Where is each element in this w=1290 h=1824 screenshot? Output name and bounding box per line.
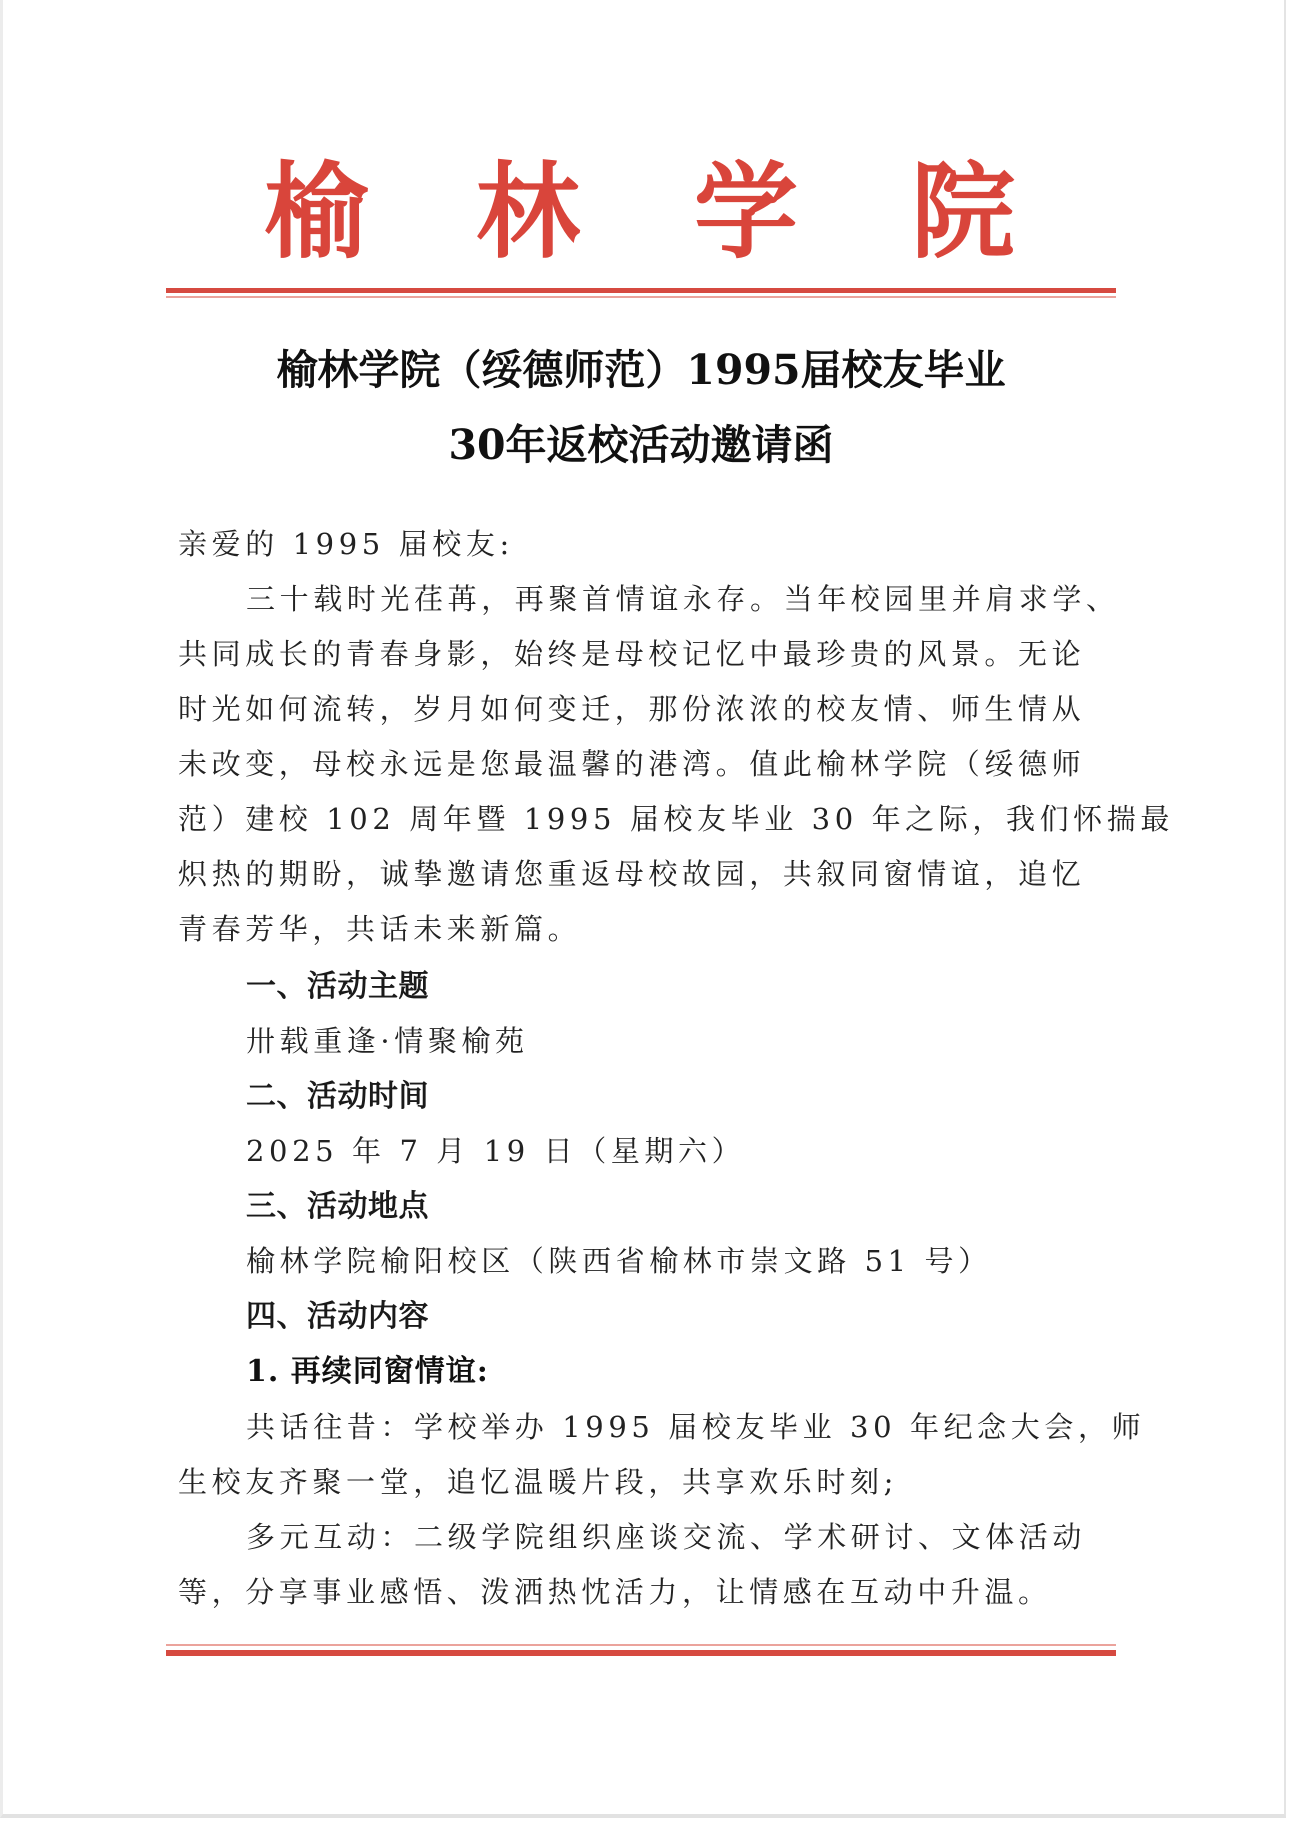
letterhead-rule-thin [166, 296, 1116, 298]
section-heading-time: 二、活动时间 [246, 1077, 429, 1117]
content-line: 等，分享事业感悟、泼洒热忱活力，让情感在互动中升温。 [178, 1572, 1123, 1612]
content-line: 多元互动：二级学院组织座谈交流、学术研讨、文体活动 [246, 1517, 1191, 1557]
section-value-theme: 卅载重逢·情聚榆苑 [246, 1021, 1191, 1061]
intro-line: 范）建校 102 周年暨 1995 届校友毕业 30 年之际，我们怀揣最 [178, 799, 1123, 839]
letterhead-char: 榆 [264, 152, 368, 272]
document-page: 榆 林 学 院 榆林学院（绥德师范）1995届校友毕业 30年返校活动邀请函 亲… [0, 0, 1286, 1818]
salutation: 亲爱的 1995 届校友: [178, 524, 1123, 564]
intro-line: 炽热的期盼，诚挚邀请您重返母校故园，共叙同窗情谊，追忆 [178, 854, 1123, 894]
footer-rule-thick [166, 1650, 1116, 1656]
footer-rule-thin [166, 1644, 1116, 1646]
document-title-line2: 30年返校活动邀请函 [166, 420, 1116, 470]
content-line: 共话往昔：学校举办 1995 届校友毕业 30 年纪念大会，师 [246, 1407, 1191, 1447]
intro-line: 未改变，母校永远是您最温馨的港湾。值此榆林学院（绥德师 [178, 744, 1123, 784]
content-line: 生校友齐聚一堂，追忆温暖片段，共享欢乐时刻; [178, 1462, 1123, 1502]
letterhead-rule-thick [166, 288, 1116, 293]
letterhead-char: 林 [476, 152, 580, 272]
section-heading-location: 三、活动地点 [246, 1187, 429, 1227]
document-title-line1: 榆林学院（绥德师范）1995届校友毕业 [166, 345, 1116, 395]
subsection-title: 1. 再续同窗情谊: [246, 1352, 489, 1392]
intro-line: 共同成长的青春身影，始终是母校记忆中最珍贵的风景。无论 [178, 634, 1123, 674]
intro-line: 三十载时光荏苒，再聚首情谊永存。当年校园里并肩求学、 [246, 579, 1191, 619]
intro-line: 青春芳华，共话未来新篇。 [178, 909, 1123, 949]
letterhead-char: 学 [694, 152, 798, 272]
section-value-location: 榆林学院榆阳校区（陕西省榆林市崇文路 51 号） [246, 1241, 1191, 1281]
section-heading-theme: 一、活动主题 [246, 967, 429, 1007]
letterhead: 榆 林 学 院 [166, 152, 1116, 272]
letterhead-char: 院 [911, 152, 1015, 272]
section-value-time: 2025 年 7 月 19 日（星期六） [246, 1131, 1191, 1171]
intro-line: 时光如何流转，岁月如何变迁，那份浓浓的校友情、师生情从 [178, 689, 1123, 729]
section-heading-content: 四、活动内容 [246, 1297, 429, 1337]
